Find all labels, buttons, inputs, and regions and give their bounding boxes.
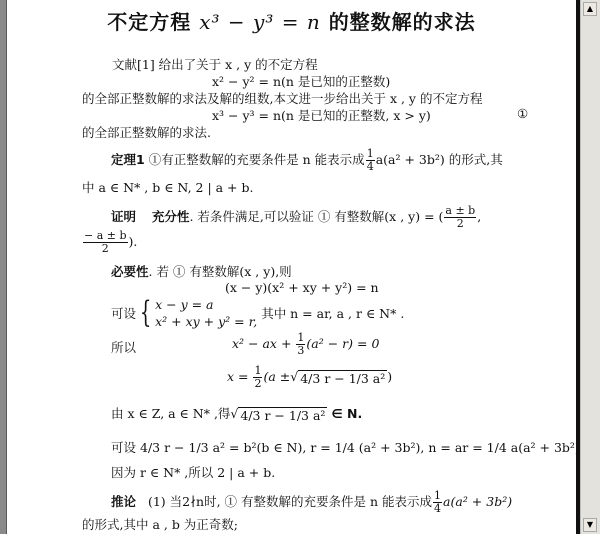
eq4-part-a: x² − ax + <box>232 336 291 351</box>
fraction: 14 <box>433 490 442 515</box>
frac-den: 3 <box>296 345 305 357</box>
corollary-text: (1) 当2∤n时, ① 有整数解的充要条件是 n 能表示成 <box>148 494 432 509</box>
fraction: − a ± b2 <box>83 230 128 255</box>
left-window-edge <box>0 0 7 534</box>
theorem-label: 定理1 <box>111 152 145 167</box>
proof-sufficiency: 证明 充分性. 若条件满足,可以验证 ① 有整数解(x , y) = (a ± … <box>111 205 481 230</box>
scroll-up-button[interactable]: ▲ <box>583 2 597 16</box>
equation-2-label: ① <box>517 106 528 121</box>
theorem-1: 定理1 ①有正整数解的充要条件是 n 能表示成14a(a² + 3b²) 的形式… <box>111 148 503 173</box>
eq5-part-a: x = <box>227 369 249 384</box>
system-tail: 其中 n = ar, a , r ∈ N* . <box>261 306 404 321</box>
equation-system: x − y = ax² + xy + y² = r, <box>155 296 257 330</box>
equation-4: x² − ax + 13(a² − r) = 0 <box>232 332 379 357</box>
corollary-label: 推论 <box>111 494 136 509</box>
frac-den: 2 <box>83 243 128 255</box>
equation-5: x = 12(a ±√4/3 r − 1/3 a²) <box>227 365 392 390</box>
theorem-1-cont: 中 a ∈ N* , b ∈ N, 2 | a + b. <box>82 178 253 196</box>
necessity-text: . 若 ① 有整数解(x , y),则 <box>149 264 292 279</box>
sufficiency-label: 充分性 <box>152 209 190 224</box>
necessity-label: 必要性 <box>111 264 149 279</box>
frac-den: 4 <box>433 503 442 515</box>
left-brace: { <box>140 298 151 328</box>
line-c: 因为 r ∈ N* ,所以 2 | a + b. <box>111 463 275 481</box>
proof-sufficiency-cont: − a ± b2). <box>82 230 137 255</box>
document-page: 不定方程 x³ − y³ = n 的整数解的求法 文献[1] 给出了关于 x ,… <box>7 0 576 534</box>
title-suffix: 的整数解的求法 <box>329 10 476 34</box>
corollary-cont: 的形式,其中 a , b 为正奇数; <box>82 515 238 533</box>
system-eq-1: x − y = a <box>155 296 257 313</box>
frac-den: 4 <box>366 161 375 173</box>
line-b-text: 4/3 r − 1/3 a² = b²(b ∈ N), r = 1/4 (a² … <box>140 440 576 455</box>
title-equation: x³ − y³ = n <box>199 10 320 34</box>
scroll-down-button[interactable]: ▼ <box>583 518 597 532</box>
line-z-tail: ∈ N. <box>331 406 362 421</box>
proof-necessity: 必要性. 若 ① 有整数解(x , y),则 <box>111 262 292 280</box>
theorem-text-b: a(a² + 3b²) 的形式,其 <box>376 152 503 167</box>
title-prefix: 不定方程 <box>107 10 191 34</box>
paragraph-1: 文献[1] 给出了关于 x , y 的不定方程 <box>112 55 318 73</box>
line-b-head: 可设 <box>111 440 136 455</box>
frac-tail: ). <box>129 234 138 249</box>
frac-den: 2 <box>253 378 262 390</box>
paragraph-3: 的全部正整数解的求法. <box>82 123 211 141</box>
let-label: 可设 <box>111 306 136 321</box>
fraction: 14 <box>366 148 375 173</box>
line-z-text: 由 x ∈ Z, a ∈ N* ,得 <box>111 406 230 421</box>
let-system: 可设{x − y = ax² + xy + y² = r, 其中 n = ar,… <box>111 296 404 330</box>
equation-3: (x − y)(x² + xy + y²) = n <box>225 280 379 295</box>
frac-den: 2 <box>444 218 476 230</box>
theorem-text: ①有正整数解的充要条件是 n 能表示成 <box>149 152 365 167</box>
eq4-part-b: (a² − r) = 0 <box>306 336 379 351</box>
sqrt-radicand: 4/3 r − 1/3 a² <box>298 370 387 386</box>
fraction: 12 <box>253 365 262 390</box>
system-eq-2: x² + xy + y² = r, <box>155 313 257 330</box>
corollary-text-b: a(a² + 3b²) <box>443 494 512 509</box>
paragraph-2: 的全部正整数解的求法及解的组数,本文进一步给出关于 x , y 的不定方程 <box>82 89 482 107</box>
arrow-up-icon: ▲ <box>587 4 593 13</box>
fraction: a ± b2 <box>444 205 476 230</box>
so-label: 所以 <box>111 338 136 356</box>
arrow-down-icon: ▼ <box>587 520 593 529</box>
line-b: 可设 4/3 r − 1/3 a² = b²(b ∈ N), r = 1/4 (… <box>111 438 576 456</box>
sufficiency-text: . 若条件满足,可以验证 ① 有整数解(x , y) = ( <box>189 209 443 224</box>
equation-2: x³ − y³ = n(n 是已知的正整数, x > y) <box>212 106 431 124</box>
page-title: 不定方程 x³ − y³ = n 的整数解的求法 <box>7 6 576 35</box>
corollary: 推论 (1) 当2∤n时, ① 有整数解的充要条件是 n 能表示成14a(a² … <box>111 490 512 515</box>
line-z: 由 x ∈ Z, a ∈ N* ,得√4/3 r − 1/3 a² ∈ N. <box>111 404 362 423</box>
eq5-part-b: (a ± <box>263 369 290 384</box>
fraction: 13 <box>296 332 305 357</box>
proof-label: 证明 <box>111 209 136 224</box>
equation-1: x² − y² = n(n 是已知的正整数) <box>212 72 390 90</box>
sqrt-radicand: 4/3 r − 1/3 a² <box>238 407 327 423</box>
vertical-scrollbar[interactable]: ▲ ▼ <box>580 0 600 534</box>
eq5-part-c: ) <box>387 369 392 384</box>
